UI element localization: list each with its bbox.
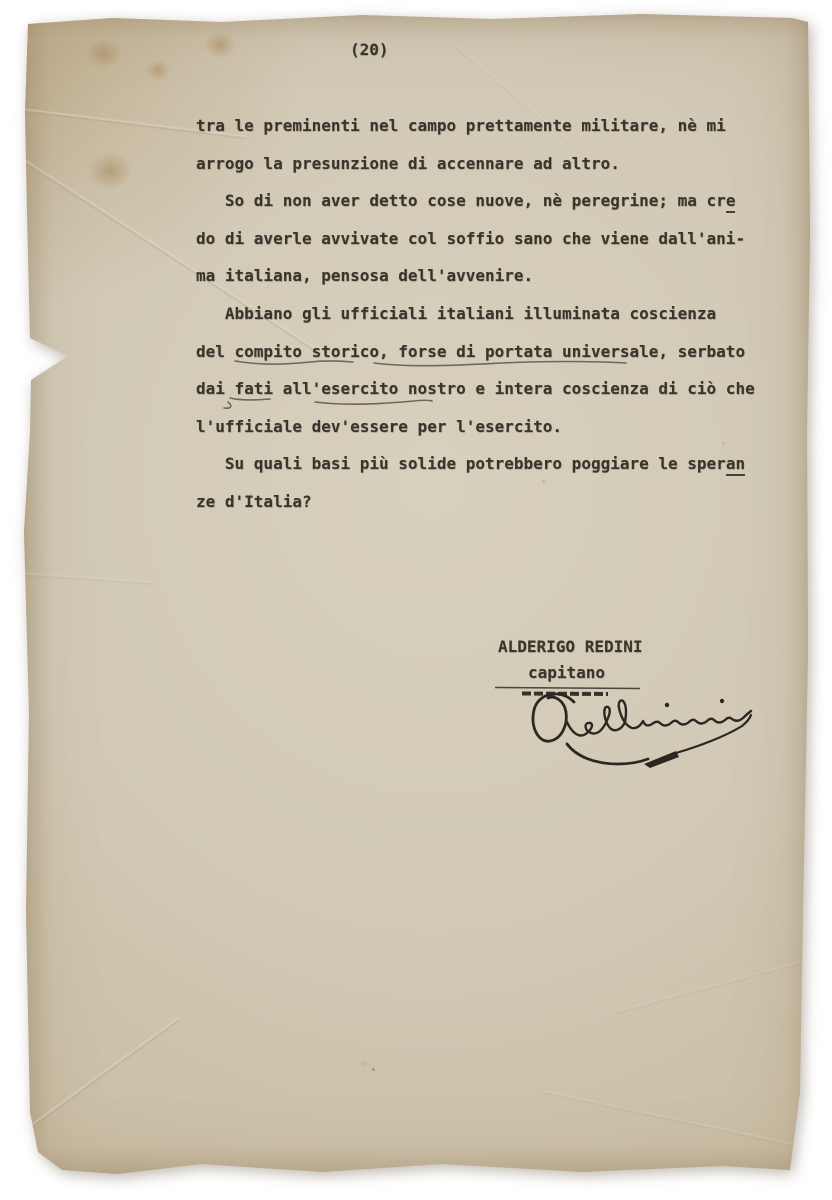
page-number: (20) — [350, 40, 389, 60]
line-text: ze d'Italia? — [196, 492, 312, 511]
stain — [360, 1060, 370, 1068]
typescript-line: tra le preminenti nel campo prettamente … — [196, 107, 755, 145]
line-text: arrogo la presunzione di accennare ad al… — [196, 154, 620, 173]
line-text: dai fati all'esercito nostro e intera co… — [196, 379, 755, 398]
typescript-line: ze d'Italia? — [196, 483, 755, 521]
crease-mark — [23, 1019, 178, 1133]
typescript-line: do di averle avvivate col soffio sano ch… — [196, 220, 755, 258]
stain — [88, 152, 132, 190]
line-text: del compito storico, forse di portata un… — [196, 342, 745, 361]
signature-stroke — [566, 700, 751, 735]
signature-flourish — [676, 715, 751, 753]
signature-area — [484, 674, 794, 794]
typescript-line: Su quali basi più solide potrebbero pogg… — [196, 445, 755, 483]
typed-rule — [495, 688, 640, 695]
typed-underline: an — [726, 454, 745, 476]
typescript-line: Abbiano gli ufficiali italiani illuminat… — [196, 295, 755, 333]
signatory-name: ALDERIGO REDINI — [498, 637, 643, 657]
crease-mark — [542, 1090, 817, 1151]
rule-thin-line — [495, 688, 640, 689]
line-text: ma italiana, pensosa dell'avvenire. — [196, 266, 533, 285]
crease-mark — [14, 572, 154, 585]
handwritten-signature — [533, 694, 751, 768]
typescript-line: l'ufficiale dev'essere per l'esercito. — [196, 408, 755, 446]
signature-flourish-wedge — [644, 751, 679, 768]
typescript-line: So di non aver detto cose nuove, nè pere… — [196, 182, 755, 220]
stain — [86, 39, 122, 69]
signature-i-dot — [665, 703, 669, 707]
signature-flourish — [567, 744, 648, 764]
signature-i-dot — [720, 699, 724, 703]
stain — [204, 32, 236, 58]
typescript-line: dai fati all'esercito nostro e intera co… — [196, 370, 755, 408]
rule-thick-line — [522, 694, 608, 695]
speck — [372, 1068, 375, 1071]
typed-underline: e — [726, 191, 736, 213]
stain — [146, 60, 170, 80]
typescript-body: tra le preminenti nel campo prettamente … — [196, 107, 755, 521]
document-page: (20) tra le preminenti nel campo prettam… — [22, 12, 810, 1178]
line-text: l'ufficiale dev'essere per l'esercito. — [196, 417, 562, 436]
typescript-line: ma italiana, pensosa dell'avvenire. — [196, 257, 755, 295]
photo-background: (20) tra le preminenti nel campo prettam… — [0, 0, 832, 1200]
crease-mark — [612, 958, 816, 1015]
line-text: Su quali basi più solide potrebbero pogg… — [196, 454, 726, 473]
line-text: Abbiano gli ufficiali italiani illuminat… — [196, 304, 716, 323]
typescript-line: del compito storico, forse di portata un… — [196, 333, 755, 371]
typescript-line: arrogo la presunzione di accennare ad al… — [196, 145, 755, 183]
signatory-rank: capitano — [528, 663, 605, 683]
line-text: So di non aver detto cose nuove, nè pere… — [196, 191, 726, 210]
line-text: do di averle avvivate col soffio sano ch… — [196, 229, 745, 248]
line-text: tra le preminenti nel campo prettamente … — [196, 116, 726, 135]
signature-stroke — [533, 694, 574, 741]
